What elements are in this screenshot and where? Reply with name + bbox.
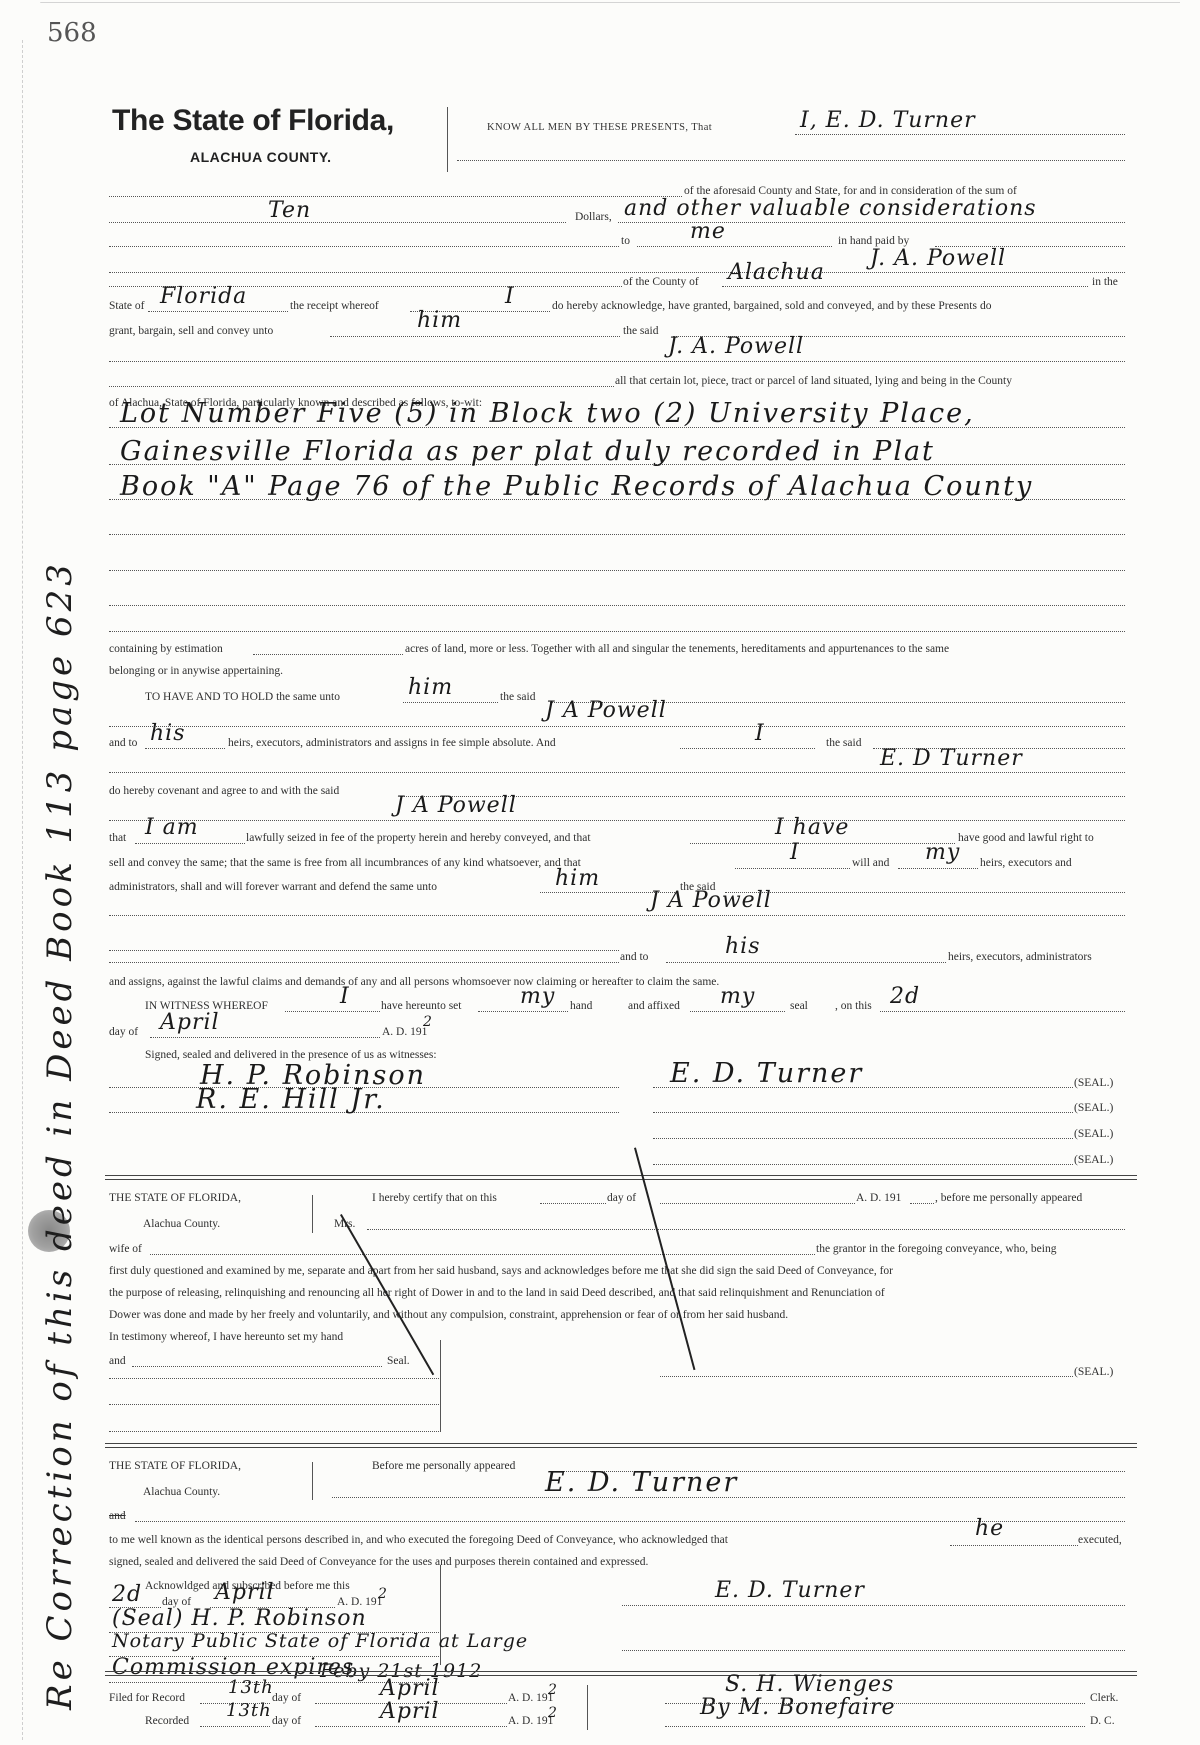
heirs2-handwriting: his [725,934,761,959]
filed-day-handwriting: 13th [228,1677,274,1698]
seal-label: Seal. [387,1355,410,1367]
dower-county: Alachua County. [143,1218,220,1230]
and-to-label: and to [109,737,137,749]
fill-line [109,570,1125,571]
page-edge [40,2,1180,3]
fill-line [457,160,1125,161]
and-handwriting: I [755,721,765,746]
fill-line [135,843,245,844]
form-title: The State of Florida, [112,104,394,138]
brace [312,1195,313,1233]
fill-line [315,1726,507,1727]
fill-line [109,726,1125,727]
grantor-handwriting: I, E. D. Turner [800,108,976,133]
sell-handwriting: I [790,840,800,865]
on-this-text: , on this [835,1000,872,1012]
ack-day-handwriting: 2d [112,1582,142,1607]
ack-month-handwriting: April [215,1580,275,1605]
fill-line [680,748,815,749]
fill-line [665,1726,1085,1727]
section-divider [105,1443,1137,1448]
fill-line [880,1011,1125,1012]
fill-line [330,336,620,337]
state-of-label: State of [109,300,144,312]
the-said-label-2: the said [826,737,861,749]
admin-handwriting: him [555,866,600,891]
fill-line [950,1545,1078,1546]
fill-line [622,1605,1125,1606]
receipt-handwriting: I [505,284,515,309]
assigns-text: and assigns, against the lawful claims a… [109,976,719,988]
grant-handwriting: him [417,308,462,333]
ack-appeared-text: Before me personally appeared [372,1460,515,1472]
fill-line [253,654,403,655]
all-that-text: all that certain lot, piece, tract or pa… [615,375,1012,387]
section-divider [105,1671,1137,1676]
dower-state: THE STATE OF FLORIDA, [109,1192,241,1204]
know-all-men-text: KNOW ALL MEN BY THESE PRESENTS, That [487,122,712,133]
grant-text: grant, bargain, sell and convey unto [109,325,273,337]
fill-line [150,1037,380,1038]
acres-text: acres of land, more or less. Together wi… [405,643,949,655]
known-handwriting: he [975,1516,1004,1541]
fill-line [622,1650,1125,1651]
brace [312,1462,313,1500]
payer-handwriting: J. A. Powell [870,246,1006,271]
deputy-clerk-signature: By M. Bonefaire [700,1695,896,1720]
cancellation-stroke [634,1147,695,1370]
dower-para-1: first duly questioned and examined by me… [109,1265,893,1277]
filed-ad: A. D. 191 [508,1692,553,1704]
containing-text: containing by estimation [109,643,223,655]
habendum-grantee-handwriting: J A Powell [545,698,667,723]
seal-text: seal [790,1000,808,1012]
fill-line [109,772,1125,773]
hand-text: hand [570,1000,592,1012]
fill-line [540,1203,606,1204]
day-handwriting: 2d [890,984,920,1009]
testimony-text: In testimony whereof, I have hereunto se… [109,1331,343,1343]
fill-line [132,1366,382,1367]
and-struck: and [109,1510,126,1522]
month-handwriting: April [160,1010,220,1035]
clerk-signature: S. H. Wienges [725,1672,894,1697]
ack-signer-signature: E. D. Turner [715,1578,865,1603]
heirs2-text: heirs, executors, administrators [948,951,1092,963]
wife-of-label: wife of [109,1243,142,1255]
habendum-said-label: the said [500,691,535,703]
ack-county: Alachua County. [143,1486,220,1498]
seized-handwriting: I am [145,815,199,840]
recorded-day-of: day of [272,1715,301,1727]
ack-signed-text: signed, sealed and delivered the said De… [109,1556,648,1568]
right-handwriting: I have [775,815,849,840]
fill-line [660,1376,1073,1377]
executed-label: executed, [1078,1534,1122,1546]
fill-line [795,134,1125,135]
grantee-handwriting: J. A. Powell [668,334,804,359]
set-handwriting: my [520,984,555,1009]
grantor-signature: E. D. Turner [670,1058,863,1089]
ack-state: THE STATE OF FLORIDA, [109,1460,241,1472]
notary-line-2: Notary Public State of Florida at Large [112,1630,528,1652]
receipt-label: the receipt whereof [290,300,379,312]
ack-appeared-handwriting: E. D. Turner [545,1467,738,1498]
recorded-year-handwriting: 2 [548,1705,558,1721]
fill-line [109,272,1125,273]
covenantor-handwriting: E. D Turner [880,746,1023,771]
fill-line [109,361,1125,362]
will-text: heirs, executors and [980,857,1072,869]
deed-page: 568 The State of Florida, ALACHUA COUNTY… [0,0,1200,1745]
ack-year-handwriting: 2 [378,1586,388,1602]
admin-text: administrators, shall and will forever w… [109,881,437,893]
covenant-text: do hereby covenant and agree to and with… [109,785,339,797]
whereof-handwriting: I [340,984,350,1009]
acknowledge-text: do hereby acknowledge, have granted, bar… [552,300,992,312]
brace [440,1340,441,1432]
fill-line [109,820,1125,821]
in-the-label: in the [1092,276,1118,288]
fill-line [690,1011,785,1012]
seal-label-2: (SEAL.) [1074,1102,1113,1114]
the-said-label: the said [623,325,658,337]
legal-description-line-3: Book "A" Page 76 of the Public Records o… [120,471,1033,502]
dower-ad: A. D. 191 [856,1192,901,1204]
known-text: to me well known as the identical person… [109,1534,728,1546]
fill-line [109,1431,439,1432]
habendum-handwriting: him [408,675,453,700]
set-text: have hereunto set [381,1000,461,1012]
fill-line [150,1254,815,1255]
fill-line [109,605,1125,606]
fill-line [898,868,978,869]
will-handwriting: my [925,840,960,865]
seized-text: lawfully seized in fee of the property h… [246,832,591,844]
fill-line [722,286,1088,287]
fill-line [109,950,619,951]
certify-text: I hereby certify that on this [372,1192,497,1204]
deputy-clerk-label: D. C. [1090,1715,1115,1727]
to-handwriting: me [690,219,726,244]
page-number: 568 [47,18,97,48]
fill-line [666,962,946,963]
legal-description-line-1: Lot Number Five (5) in Block two (2) Uni… [120,398,975,429]
section-divider [105,1175,1137,1180]
fill-line [109,246,619,247]
fill-line [653,1164,1073,1165]
day-of-label: day of [109,1026,138,1038]
heirs-text: heirs, executors, administrators and ass… [228,737,556,749]
fill-line [478,1011,568,1012]
dower-para-3: Dower was done and made by her freely an… [109,1309,788,1321]
fill-line [109,386,614,387]
dower-para-2: the purpose of releasing, relinquishing … [109,1287,885,1299]
defend-grantee-handwriting: J A Powell [650,888,772,913]
recorded-label: Recorded [145,1715,189,1727]
fill-line [200,1726,270,1727]
affixed-text: and affixed [628,1000,680,1012]
sell-text: sell and convey the same; that the same … [109,857,581,869]
dower-day-of: day of [607,1192,636,1204]
and-label: and [109,1355,126,1367]
and-to-label-2: and to [620,951,648,963]
fill-line [910,1203,934,1204]
will-and-label: will and [852,857,889,869]
covenantee-handwriting: J A Powell [395,793,517,818]
fill-line [653,1138,1073,1139]
witness-2-signature: R. E. Hill Jr. [196,1084,386,1115]
legal-description-line-2: Gainesville Florida as per plat duly rec… [120,436,935,467]
other-consideration-handwriting: and other valuable considerations [624,196,1037,221]
fill-line [725,892,1125,893]
fill-line [109,962,619,963]
filed-label: Filed for Record [109,1692,185,1704]
fill-line [660,1203,855,1204]
habendum-text: TO HAVE AND TO HOLD the same unto [145,691,340,703]
fill-line [653,1112,1073,1113]
fill-line [109,196,682,197]
county-handwriting: Alachua [728,260,825,285]
fill-line [109,534,1125,535]
ad-label: A. D. 191 [382,1026,427,1038]
appeared-text: , before me personally appeared [935,1192,1082,1204]
sum-handwriting: Ten [268,198,311,223]
heirs-handwriting: his [150,721,186,746]
recorded-ad: A. D. 191 [508,1715,553,1727]
state-handwriting: Florida [160,284,247,309]
dollars-label: Dollars, [575,211,612,223]
fill-line [109,631,1125,632]
clerk-label: Clerk. [1090,1692,1118,1704]
of-county-label: of the County of [623,276,699,288]
recorded-month-handwriting: April [380,1699,440,1724]
form-county: ALACHUA COUNTY. [190,149,332,165]
to-label: to [621,235,630,247]
brace [447,107,448,172]
filed-year-handwriting: 2 [548,1682,558,1698]
seal-label-4: (SEAL.) [1074,1154,1113,1166]
year-handwriting: 2 [423,1014,433,1030]
notary-line-1: (Seal) H. P. Robinson [112,1606,367,1631]
seal-label-3: (SEAL.) [1074,1128,1113,1140]
right-text: have good and lawful right to [958,832,1094,844]
fill-line [109,1404,439,1405]
filed-day-of: day of [272,1692,301,1704]
fill-line [403,702,498,703]
recorded-day-handwriting: 13th [226,1700,272,1721]
fill-line [109,915,1125,916]
fill-line [285,1011,380,1012]
grantor-text: the grantor in the foregoing conveyance,… [816,1243,1056,1255]
fill-line [148,311,288,312]
fill-line [735,868,850,869]
fill-line [367,1229,1125,1230]
page-margin-line [22,40,24,1740]
fill-line [637,246,832,247]
affixed-handwriting: my [720,984,755,1009]
seal-label-1: (SEAL.) [1074,1077,1113,1089]
that-label: that [109,832,126,844]
belonging-text: belonging or in anywise appertaining. [109,665,283,677]
brace [587,1685,588,1730]
margin-note-handwriting: Re Correction of this deed in Deed Book … [40,560,80,1710]
fill-line [145,748,225,749]
filed-month-handwriting: April [380,1676,440,1701]
dower-seal-label: (SEAL.) [1074,1366,1113,1378]
fill-line [109,1378,439,1379]
fill-line [109,222,566,223]
fill-line [690,843,955,844]
